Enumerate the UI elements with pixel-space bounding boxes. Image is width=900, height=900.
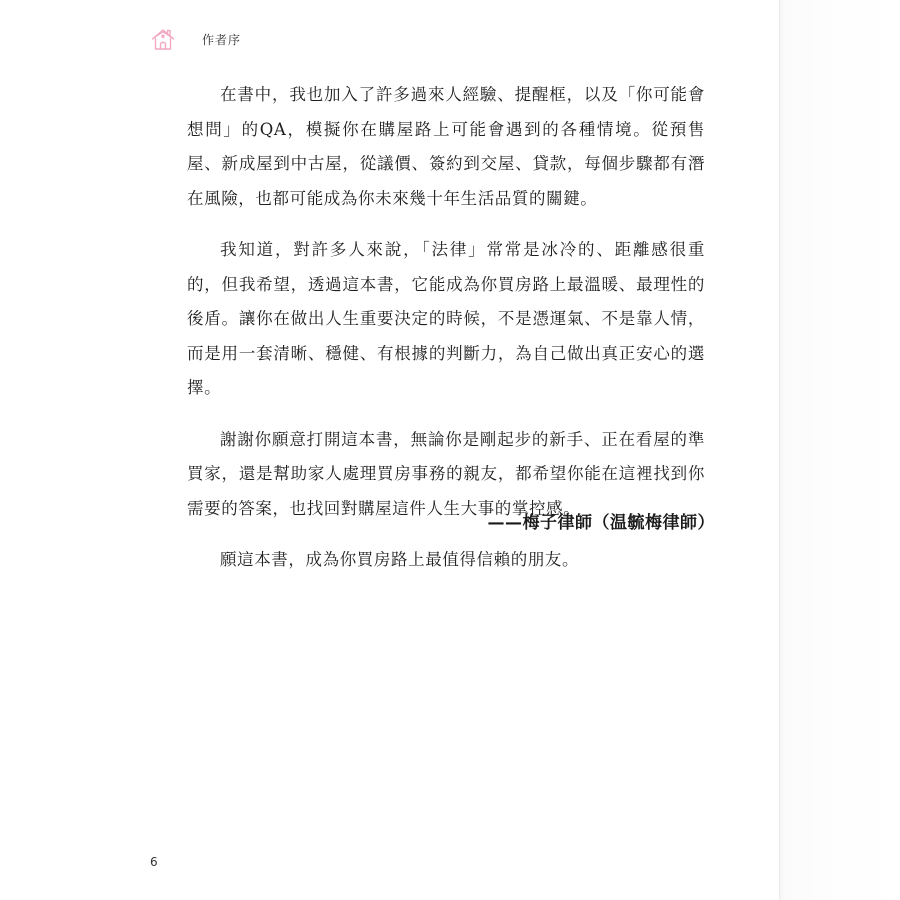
- page-gutter-line: [779, 0, 780, 900]
- paragraph-1: 在書中，我也加入了許多過來人經驗、提醒框，以及「你可能會想問」的QA，模擬你在購…: [187, 78, 705, 216]
- page-header: 作者序: [150, 24, 241, 54]
- author-signature: ——梅子律師（温毓梅律師）: [488, 508, 716, 533]
- paragraph-4: 願這本書，成為你買房路上最值得信賴的朋友。: [187, 543, 705, 578]
- paragraph-2: 我知道，對許多人來說，「法律」常常是冰冷的、距離感很重的，但我希望，透過這本書，…: [187, 233, 705, 406]
- page-number: 6: [150, 855, 158, 869]
- house-icon: [150, 26, 176, 52]
- page-gutter-shadow: [779, 0, 900, 900]
- section-title: 作者序: [202, 31, 241, 48]
